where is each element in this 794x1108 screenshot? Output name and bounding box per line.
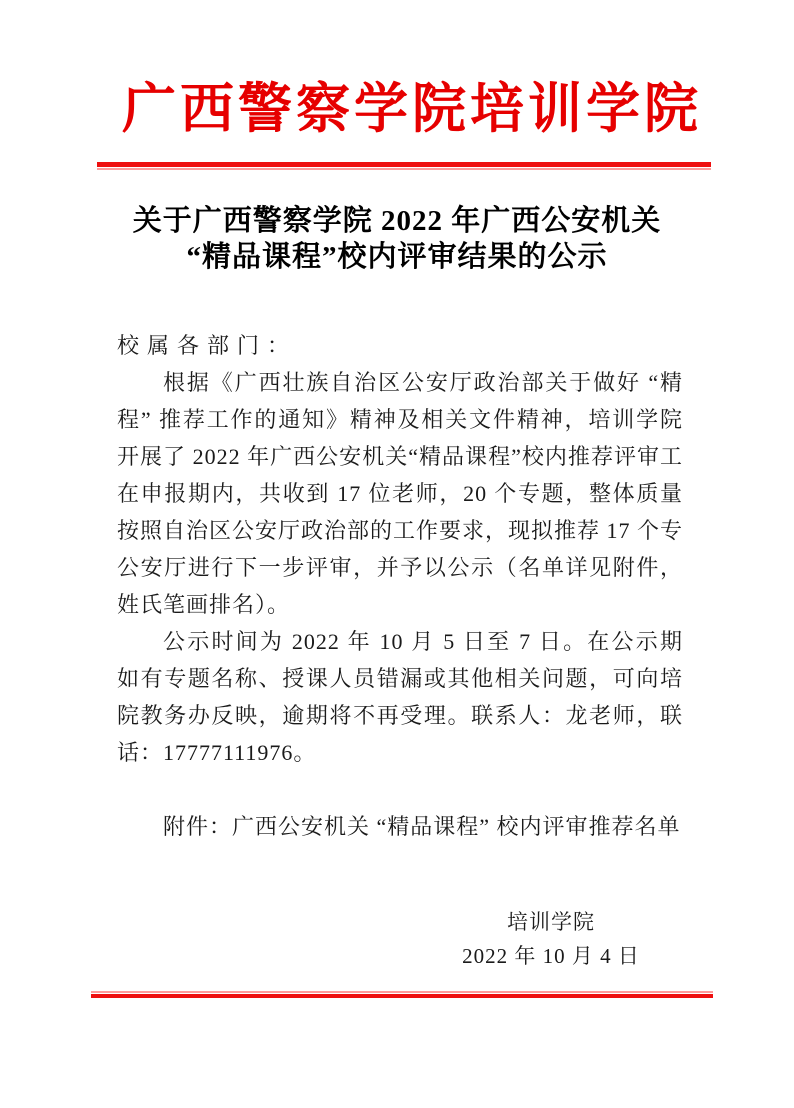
signature-date: 2022 年 10 月 4 日 <box>420 939 682 973</box>
page-bottom-rule <box>91 991 713 998</box>
body-line-7: 姓氏笔画排名）。 <box>117 586 683 623</box>
body-line-9: 如有专题名称、授课人员错漏或其他相关问题，可向培训学 <box>117 660 683 697</box>
body-line-1: 根据《广西壮族自治区公安厅政治部关于做好 “精品课 <box>117 364 683 401</box>
letterhead-rule-thin <box>97 168 711 170</box>
bottom-rule-thick <box>91 994 713 998</box>
document-page: 广西警察学院培训学院 关于广西警察学院 2022 年广西公安机关 “精品课程”校… <box>0 0 794 1108</box>
letterhead-org-name: 广西警察学院培训学院 <box>30 78 794 140</box>
body-line-6: 公安厅进行下一步评审，并予以公示（名单详见附件，按照 <box>117 549 683 586</box>
body-line-4: 在申报期内，共收到 17 位老师，20 个专题，整体质量优良， <box>117 475 683 512</box>
body-line-8: 公示时间为 2022 年 10 月 5 日至 7 日。在公示期间， <box>117 623 683 660</box>
salutation-line: 校属各部门： <box>117 327 683 364</box>
document-title-line2: “精品课程”校内评审结果的公示 <box>0 239 794 275</box>
signature-block: 培训学院 2022 年 10 月 4 日 <box>420 905 682 973</box>
body-line-2: 程” 推荐工作的通知》精神及相关文件精神，培训学院组织 <box>117 401 683 438</box>
blank-line <box>117 771 683 808</box>
attachment-line: 附件：广西公安机关 “精品课程” 校内评审推荐名单 <box>117 808 683 845</box>
body-line-11: 话：17777111976。 <box>117 734 683 771</box>
letterhead-rule <box>97 162 711 170</box>
body-text: 校属各部门： 根据《广西壮族自治区公安厅政治部关于做好 “精品课 程” 推荐工作… <box>117 327 683 845</box>
body-line-3: 开展了 2022 年广西公安机关“精品课程”校内推荐评审工作。 <box>117 438 683 475</box>
document-title: 关于广西警察学院 2022 年广西公安机关 “精品课程”校内评审结果的公示 <box>0 203 794 275</box>
body-line-5: 按照自治区公安厅政治部的工作要求，现拟推荐 17 个专题到 <box>117 512 683 549</box>
document-title-line1: 关于广西警察学院 2022 年广西公安机关 <box>0 203 794 239</box>
signature-org: 培训学院 <box>420 905 682 939</box>
body-line-10: 院教务办反映，逾期将不再受理。联系人：龙老师，联系电 <box>117 697 683 734</box>
